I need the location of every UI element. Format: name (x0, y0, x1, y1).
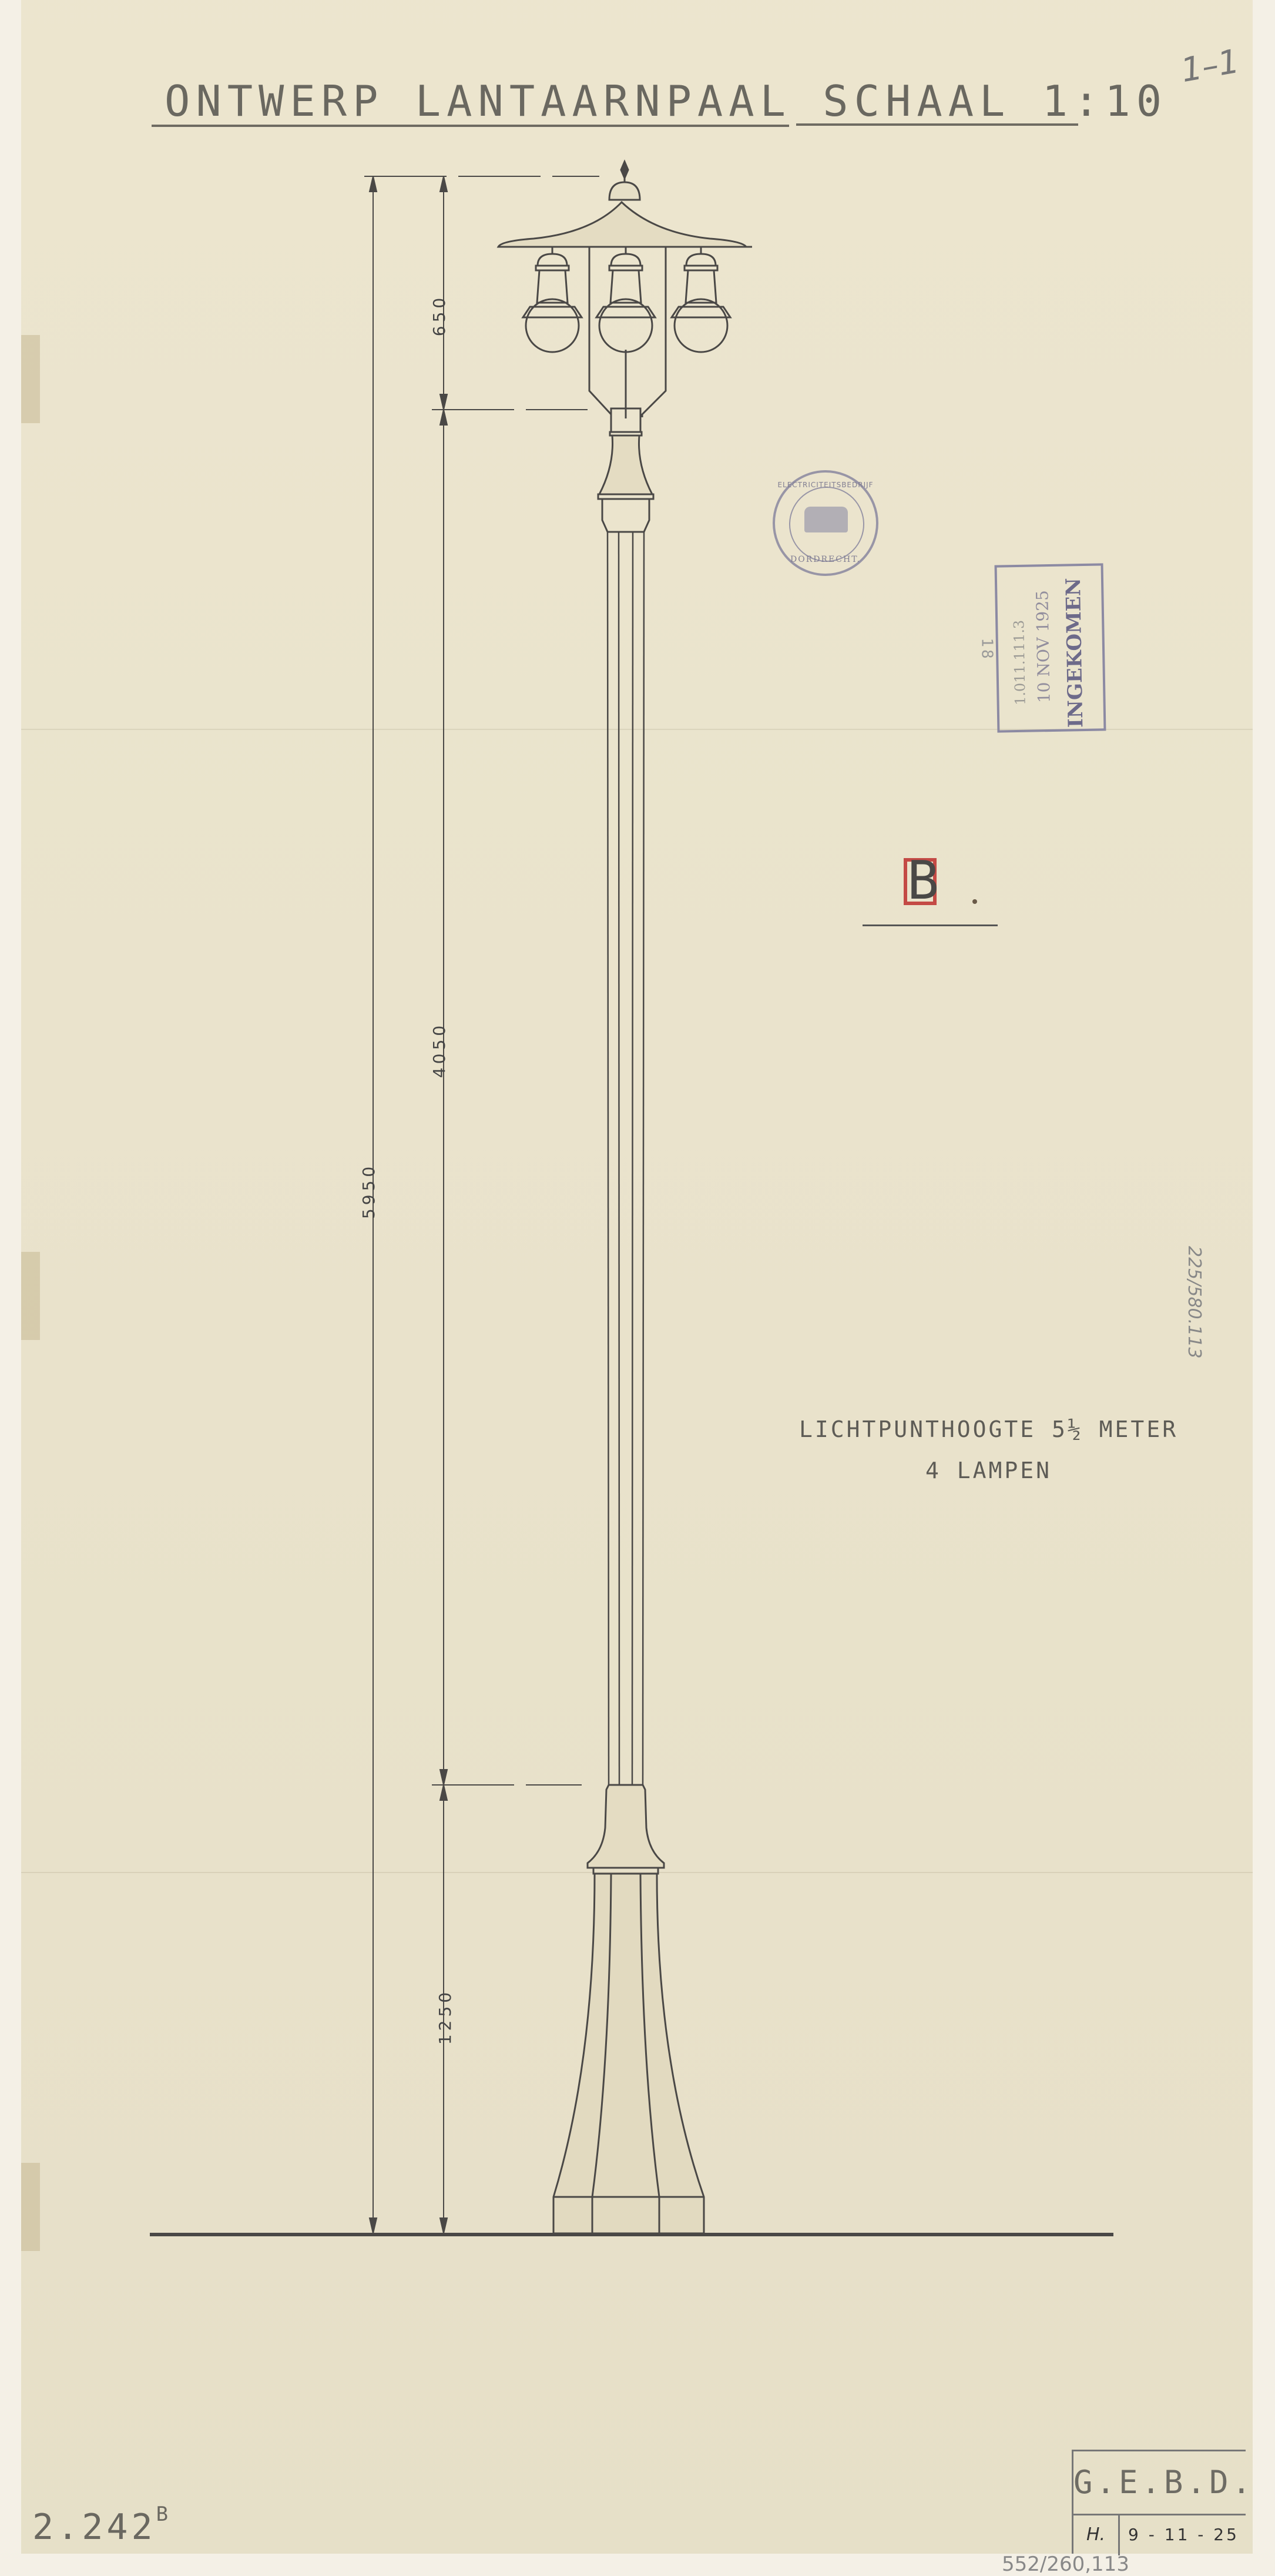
drawing-number: 2.242B (32, 2507, 172, 2548)
lamp-count-note: 4 LAMPEN (925, 1458, 1052, 1483)
dimension-label-1250: 1250 (435, 1989, 455, 2045)
lamp-left (523, 247, 582, 352)
margin-note: 18 (978, 638, 996, 661)
lamp-center (596, 247, 655, 352)
dimension-label-4050: 4050 (430, 1022, 449, 1078)
dimension-label-650: 650 (430, 294, 449, 336)
title-block: G.E.B.D. H. 9 - 11 - 25 (1072, 2450, 1246, 2554)
coat-of-arms-icon (804, 507, 848, 532)
pole-shaft (608, 532, 644, 1785)
drafter-initials: H. (1073, 2514, 1120, 2555)
variant-underline (863, 924, 998, 926)
lamp-right (672, 247, 730, 352)
drawing-date: 9 - 11 - 25 (1120, 2514, 1247, 2555)
light-point-height-note: LICHTPUNTHOOGTE 5½ METER (799, 1416, 1178, 1442)
dimension-label-5950: 5950 (359, 1163, 378, 1219)
organisation-code: G.E.B.D. (1073, 2451, 1246, 2515)
archive-number: 552/260,113 (1002, 2552, 1129, 2576)
received-stamp: INGEKOMEN 10 NOV 1925 1.011.111.3 (995, 563, 1106, 732)
lamppost-elevation-drawing (0, 0, 1275, 2576)
variant-dot (972, 899, 977, 904)
side-reference-number: 225/580.113 (1184, 1246, 1204, 1358)
company-seal-stamp: ELECTRICITEITSBEDRIJF DORDRECHT. (773, 470, 878, 576)
dimension-lines (364, 176, 599, 2233)
variant-letter: B (904, 858, 937, 905)
